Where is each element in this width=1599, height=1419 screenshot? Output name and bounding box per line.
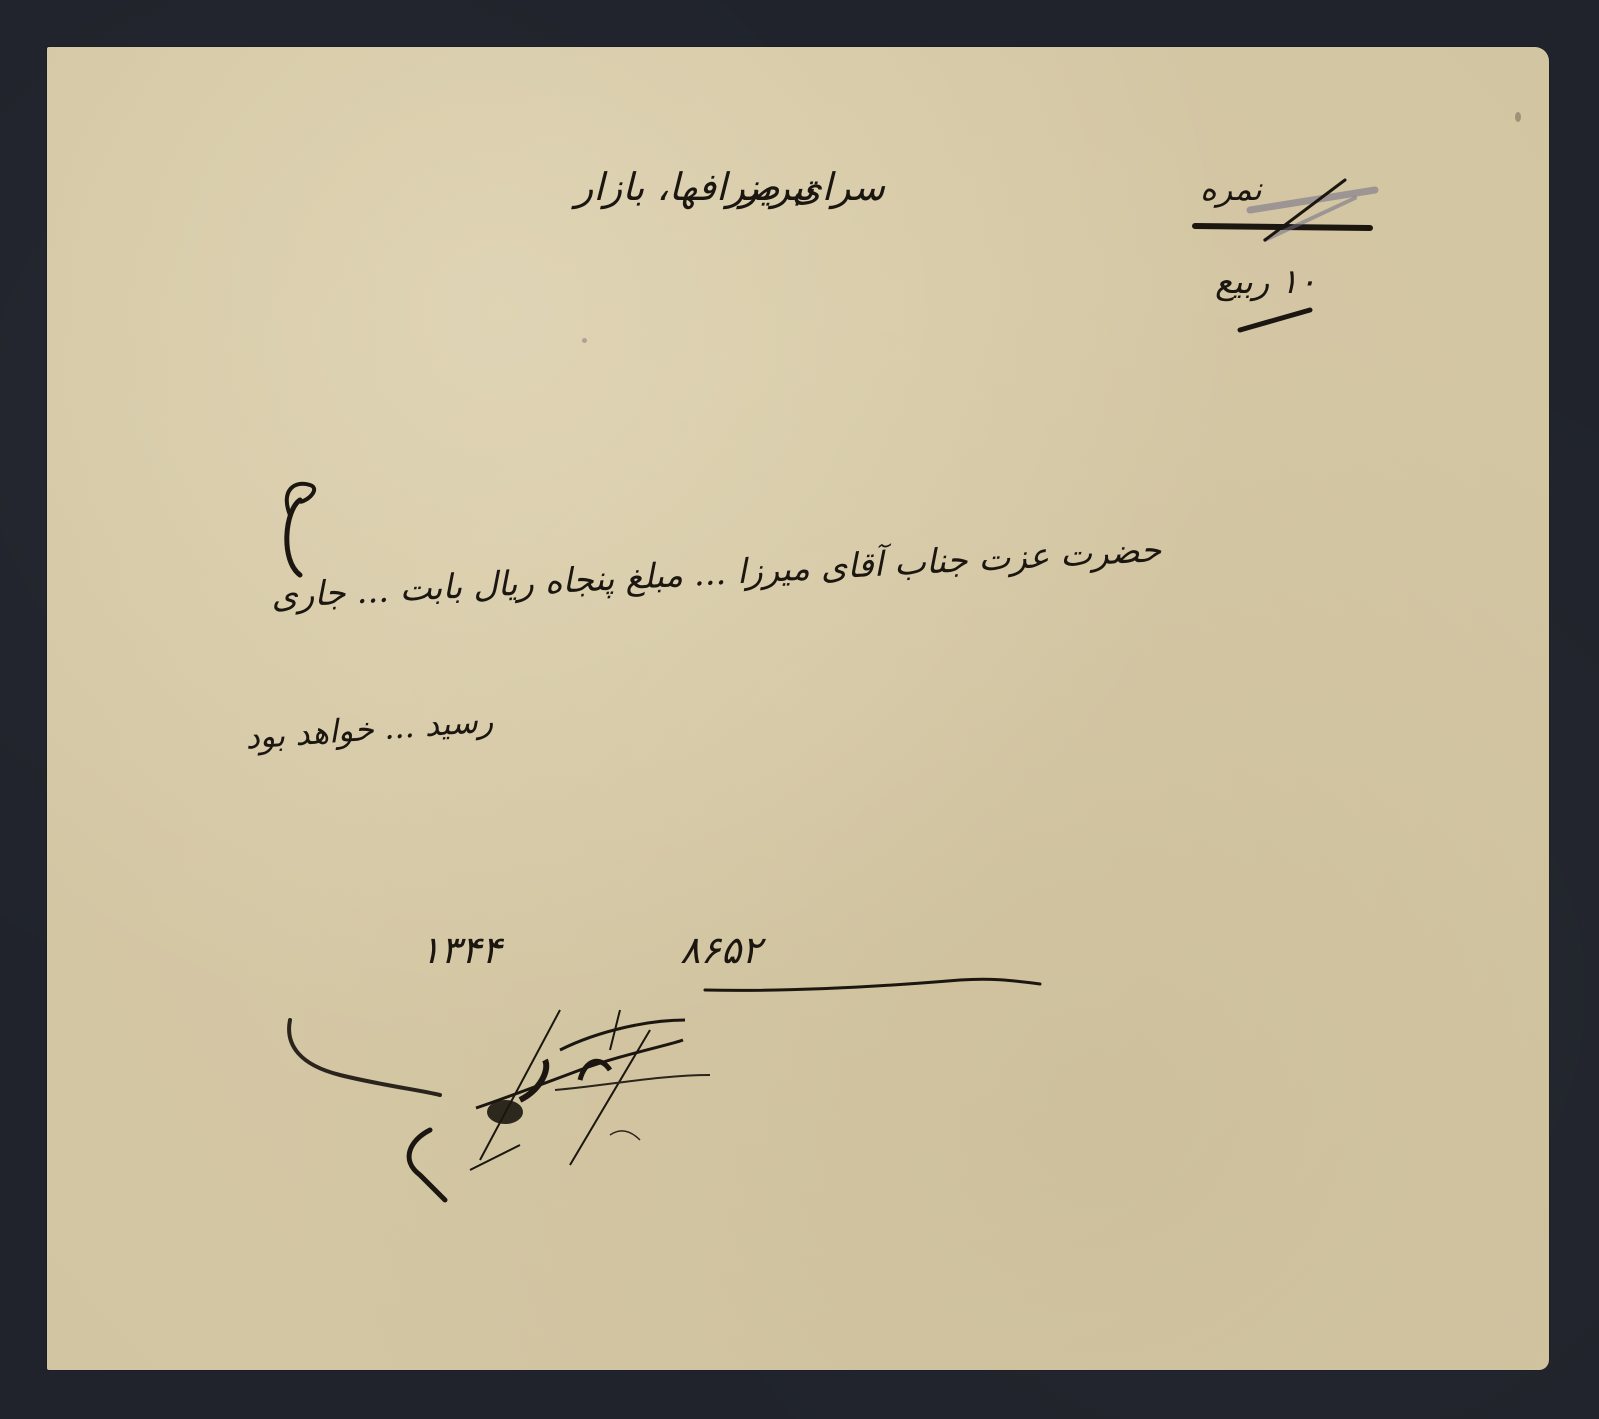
- header-place: سرای صرافها، بازار: [575, 165, 885, 209]
- amount-digits: ۸۶۵۲: [680, 928, 762, 972]
- reference-label: نمره: [1200, 170, 1262, 208]
- paper-stain: [1515, 112, 1521, 122]
- document-paper: [47, 47, 1549, 1370]
- paper-stain: [582, 338, 587, 343]
- reference-number: ۱۰ ربیع: [1215, 262, 1317, 302]
- year-digits: ۱۳۴۴: [420, 928, 502, 972]
